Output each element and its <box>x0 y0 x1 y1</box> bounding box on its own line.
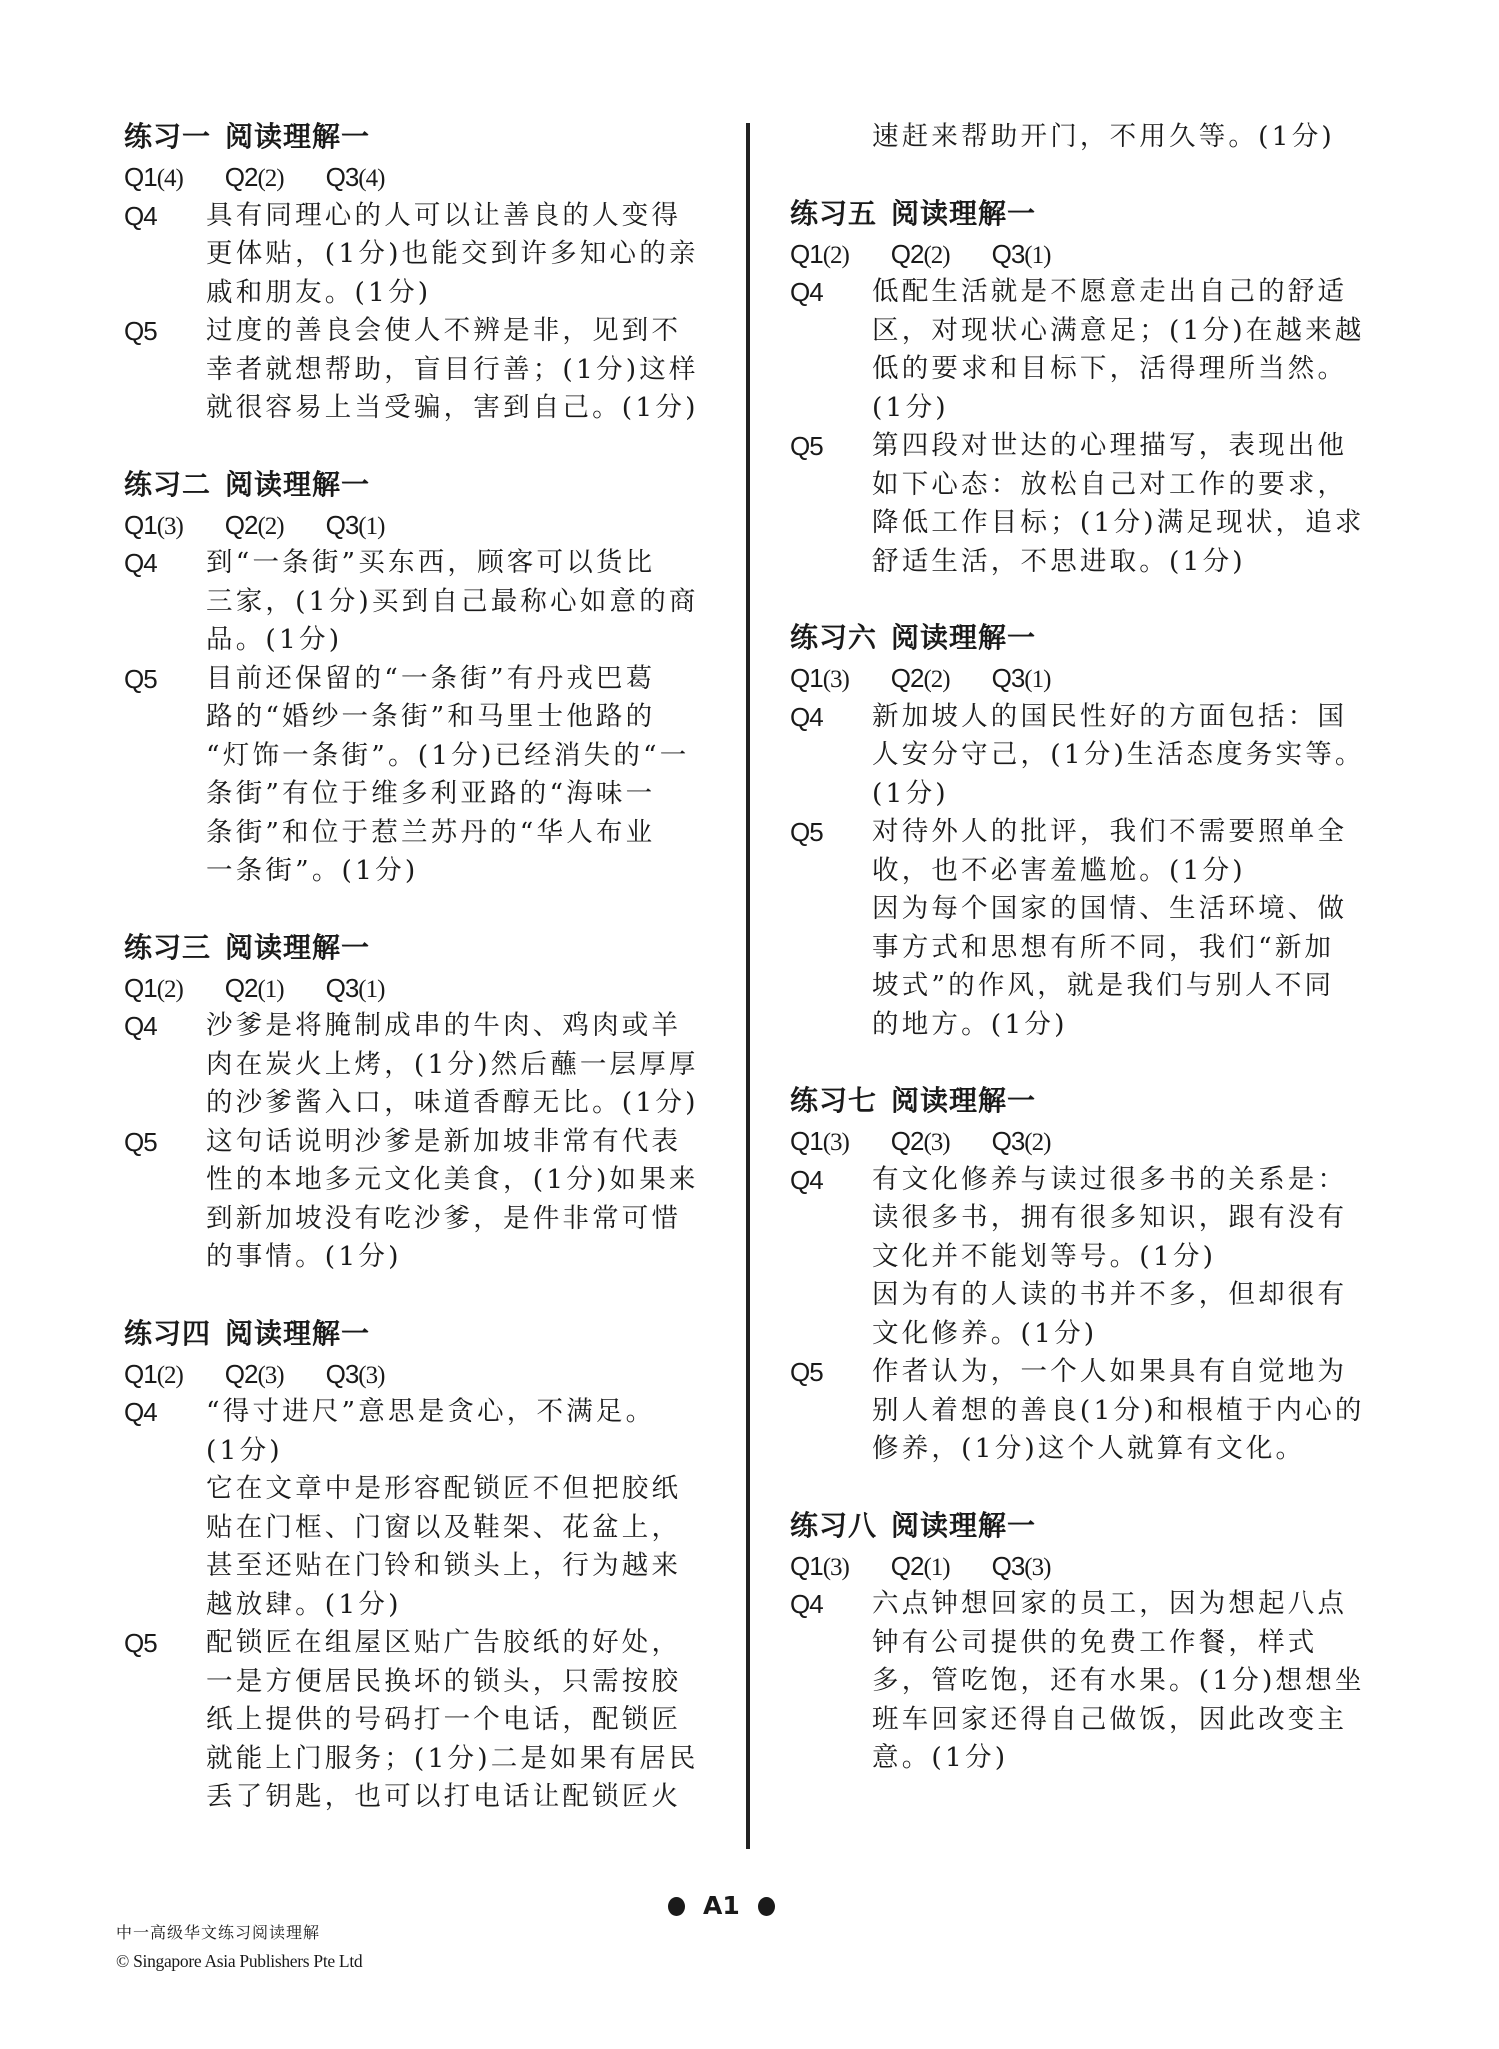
question-label: Q5 <box>790 1353 823 1392</box>
mc-answers-row: Q1(2) Q2(1) Q3(1) <box>124 969 734 1008</box>
footer-info: 中一高级华文练习阅读理解 © Singapore Asia Publishers… <box>116 1918 362 1976</box>
answer-text: 低配生活就是不愿意走出自己的舒适 区，对现状心满意足；(1分)在越来越 低的要求… <box>872 273 1400 427</box>
section-title: 练习八阅读理解一 <box>790 1507 1400 1545</box>
answer-q5: Q5 过度的善良会使人不辨是非，见到不 幸者就想帮助，盲目行善；(1分)这样 就… <box>124 312 734 428</box>
mc-answer-q1: Q1(2) <box>124 969 183 1010</box>
answer-text: 沙爹是将腌制成串的牛肉、鸡肉或羊 肉在炭火上烤，(1分)然后蘸一层厚厚 的沙爹酱… <box>206 1007 734 1123</box>
mc-answer-q3: Q3(3) <box>992 1547 1051 1588</box>
answer-q5: Q5 这句话说明沙爹是新加坡非常有代表 性的本地多元文化美食，(1分)如果来 到… <box>124 1123 734 1277</box>
mc-answer-q1: Q1(3) <box>790 1122 849 1163</box>
bullet-dot-icon <box>668 1897 685 1916</box>
mc-answer-q2: Q2(1) <box>891 1547 950 1588</box>
answer-text: 新加坡人的国民性好的方面包括：国 人安分守己，(1分)生活态度务实等。 (1分) <box>872 698 1400 814</box>
answer-continuation: 速赶来帮助开门，不用久等。(1分) <box>790 118 1400 157</box>
mc-answer-q2: Q2(2) <box>891 235 950 276</box>
book-title: 中一高级华文练习阅读理解 <box>116 1918 362 1947</box>
mc-answers-row: Q1(3) Q2(1) Q3(3) <box>790 1547 1400 1586</box>
mc-answers-row: Q1(3) Q2(2) Q3(1) <box>124 506 734 545</box>
question-label: Q5 <box>124 312 157 351</box>
answer-text: 对待外人的批评，我们不需要照单全 收，也不必害羞尴尬。(1分) 因为每个国家的国… <box>872 813 1400 1044</box>
answer-key-page: 练习一阅读理解一 Q1(4) Q2(2) Q3(4) Q4 具有同理心的人可以让… <box>0 0 1499 2049</box>
answer-text: 到“一条街”买东西，顾客可以货比 三家，(1分)买到自己最称心如意的商 品。(1… <box>206 544 734 660</box>
exercise-section-2: 练习二阅读理解一 Q1(3) Q2(2) Q3(1) Q4 到“一条街”买东西，… <box>124 466 734 891</box>
answer-text: 配锁匠在组屋区贴广告胶纸的好处， 一是方便居民换坏的锁头，只需按胶 纸上提供的号… <box>206 1624 734 1817</box>
answer-q4: Q4 具有同理心的人可以让善良的人变得 更体贴，(1分)也能交到许多知心的亲 戚… <box>124 197 734 313</box>
exercise-section-3: 练习三阅读理解一 Q1(2) Q2(1) Q3(1) Q4 沙爹是将腌制成串的牛… <box>124 929 734 1277</box>
exercise-type: 阅读理解一 <box>891 1509 1036 1542</box>
mc-answer-q3: Q3(1) <box>992 235 1051 276</box>
mc-answer-q1: Q1(3) <box>124 506 183 547</box>
page-number-label: A1 <box>703 1886 740 1926</box>
exercise-section-7: 练习七阅读理解一 Q1(3) Q2(3) Q3(2) Q4 有文化修养与读过很多… <box>790 1082 1400 1469</box>
section-title: 练习六阅读理解一 <box>790 619 1400 657</box>
question-label: Q5 <box>124 1123 157 1162</box>
exercise-number: 练习四 <box>124 1317 211 1350</box>
answer-q5: Q5 第四段对世达的心理描写，表现出他 如下心态：放松自己对工作的要求， 降低工… <box>790 427 1400 581</box>
mc-answer-q2: Q2(1) <box>225 969 284 1010</box>
mc-answer-q3: Q3(1) <box>326 969 385 1010</box>
question-label: Q5 <box>124 1624 157 1663</box>
exercise-number: 练习七 <box>790 1084 877 1117</box>
question-label: Q5 <box>790 813 823 852</box>
mc-answer-q2: Q2(2) <box>891 659 950 700</box>
answer-text: “得寸进尺”意思是贪心，不满足。 (1分) 它在文章中是形容配锁匠不但把胶纸 贴… <box>206 1393 734 1624</box>
answer-q4: Q4 沙爹是将腌制成串的牛肉、鸡肉或羊 肉在炭火上烤，(1分)然后蘸一层厚厚 的… <box>124 1007 734 1123</box>
question-label: Q4 <box>790 1585 823 1624</box>
answer-q5: Q5 配锁匠在组屋区贴广告胶纸的好处， 一是方便居民换坏的锁头，只需按胶 纸上提… <box>124 1624 734 1817</box>
exercise-section-8: 练习八阅读理解一 Q1(3) Q2(1) Q3(3) Q4 六点钟想回家的员工，… <box>790 1507 1400 1778</box>
answer-q4: Q4 新加坡人的国民性好的方面包括：国 人安分守己，(1分)生活态度务实等。 (… <box>790 698 1400 814</box>
answer-text: 目前还保留的“一条街”有丹戎巴葛 路的“婚纱一条街”和马里士他路的 “灯饰一条街… <box>206 660 734 891</box>
section-title: 练习二阅读理解一 <box>124 466 734 504</box>
question-label: Q5 <box>124 660 157 699</box>
exercise-type: 阅读理解一 <box>891 197 1036 230</box>
mc-answers-row: Q1(4) Q2(2) Q3(4) <box>124 158 734 197</box>
exercise-section-5: 练习五阅读理解一 Q1(2) Q2(2) Q3(1) Q4 低配生活就是不愿意走… <box>790 195 1400 582</box>
mc-answer-q1: Q1(3) <box>790 1547 849 1588</box>
mc-answers-row: Q1(2) Q2(2) Q3(1) <box>790 235 1400 274</box>
exercise-type: 阅读理解一 <box>891 621 1036 654</box>
question-label: Q4 <box>790 698 823 737</box>
right-column: 速赶来帮助开门，不用久等。(1分) 练习五阅读理解一 Q1(2) Q2(2) Q… <box>790 118 1400 1816</box>
answer-q4: Q4 “得寸进尺”意思是贪心，不满足。 (1分) 它在文章中是形容配锁匠不但把胶… <box>124 1393 734 1624</box>
bullet-dot-icon <box>758 1897 775 1916</box>
copyright-notice: © Singapore Asia Publishers Pte Ltd <box>116 1947 362 1976</box>
mc-answer-q3: Q3(1) <box>992 659 1051 700</box>
question-label: Q4 <box>124 197 157 236</box>
mc-answer-q3: Q3(2) <box>992 1122 1051 1163</box>
mc-answer-q2: Q2(3) <box>225 1355 284 1396</box>
mc-answer-q1: Q1(4) <box>124 158 183 199</box>
answer-q4: Q4 六点钟想回家的员工，因为想起八点 钟有公司提供的免费工作餐，样式 多，管吃… <box>790 1585 1400 1778</box>
exercise-section-1: 练习一阅读理解一 Q1(4) Q2(2) Q3(4) Q4 具有同理心的人可以让… <box>124 118 734 428</box>
exercise-type: 阅读理解一 <box>891 1084 1036 1117</box>
exercise-type: 阅读理解一 <box>225 931 370 964</box>
left-column: 练习一阅读理解一 Q1(4) Q2(2) Q3(4) Q4 具有同理心的人可以让… <box>124 118 734 1855</box>
section-title: 练习三阅读理解一 <box>124 929 734 967</box>
mc-answers-row: Q1(2) Q2(3) Q3(3) <box>124 1355 734 1394</box>
answer-text: 第四段对世达的心理描写，表现出他 如下心态：放松自己对工作的要求， 降低工作目标… <box>872 427 1400 581</box>
section-title: 练习一阅读理解一 <box>124 118 734 156</box>
answer-q5: Q5 对待外人的批评，我们不需要照单全 收，也不必害羞尴尬。(1分) 因为每个国… <box>790 813 1400 1044</box>
question-label: Q4 <box>124 544 157 583</box>
mc-answer-q1: Q1(2) <box>790 235 849 276</box>
answer-text: 这句话说明沙爹是新加坡非常有代表 性的本地多元文化美食，(1分)如果来 到新加坡… <box>206 1123 734 1277</box>
mc-answers-row: Q1(3) Q2(2) Q3(1) <box>790 659 1400 698</box>
question-label: Q4 <box>124 1007 157 1046</box>
answer-q5: Q5 作者认为，一个人如果具有自觉地为 别人着想的善良(1分)和根植于内心的 修… <box>790 1353 1400 1469</box>
exercise-section-6: 练习六阅读理解一 Q1(3) Q2(2) Q3(1) Q4 新加坡人的国民性好的… <box>790 619 1400 1044</box>
page-number: A1 <box>668 1886 775 1926</box>
answer-q5: Q5 目前还保留的“一条街”有丹戎巴葛 路的“婚纱一条街”和马里士他路的 “灯饰… <box>124 660 734 891</box>
mc-answer-q3: Q3(4) <box>326 158 385 199</box>
exercise-number: 练习三 <box>124 931 211 964</box>
exercise-number: 练习八 <box>790 1509 877 1542</box>
question-label: Q4 <box>124 1393 157 1432</box>
section-title: 练习七阅读理解一 <box>790 1082 1400 1120</box>
mc-answer-q2: Q2(3) <box>891 1122 950 1163</box>
exercise-type: 阅读理解一 <box>225 120 370 153</box>
column-divider <box>746 123 750 1849</box>
answer-text: 过度的善良会使人不辨是非，见到不 幸者就想帮助，盲目行善；(1分)这样 就很容易… <box>206 312 734 428</box>
question-label: Q5 <box>790 427 823 466</box>
question-label: Q4 <box>790 273 823 312</box>
exercise-number: 练习二 <box>124 468 211 501</box>
answer-q4: Q4 到“一条街”买东西，顾客可以货比 三家，(1分)买到自己最称心如意的商 品… <box>124 544 734 660</box>
answer-text: 六点钟想回家的员工，因为想起八点 钟有公司提供的免费工作餐，样式 多，管吃饱，还… <box>872 1585 1400 1778</box>
section-title: 练习五阅读理解一 <box>790 195 1400 233</box>
mc-answer-q3: Q3(3) <box>326 1355 385 1396</box>
continued-answer-text: 速赶来帮助开门，不用久等。(1分) <box>872 118 1400 157</box>
exercise-number: 练习五 <box>790 197 877 230</box>
exercise-number: 练习一 <box>124 120 211 153</box>
mc-answer-q3: Q3(1) <box>326 506 385 547</box>
answer-q4: Q4 低配生活就是不愿意走出自己的舒适 区，对现状心满意足；(1分)在越来越 低… <box>790 273 1400 427</box>
mc-answer-q1: Q1(2) <box>124 1355 183 1396</box>
exercise-number: 练习六 <box>790 621 877 654</box>
mc-answer-q1: Q1(3) <box>790 659 849 700</box>
question-label: Q4 <box>790 1161 823 1200</box>
exercise-type: 阅读理解一 <box>225 1317 370 1350</box>
mc-answers-row: Q1(3) Q2(3) Q3(2) <box>790 1122 1400 1161</box>
section-title: 练习四阅读理解一 <box>124 1315 734 1353</box>
exercise-type: 阅读理解一 <box>225 468 370 501</box>
answer-text: 作者认为，一个人如果具有自觉地为 别人着想的善良(1分)和根植于内心的 修养，(… <box>872 1353 1400 1469</box>
answer-text: 具有同理心的人可以让善良的人变得 更体贴，(1分)也能交到许多知心的亲 戚和朋友… <box>206 197 734 313</box>
answer-q4: Q4 有文化修养与读过很多书的关系是： 读很多书，拥有很多知识，跟有没有 文化并… <box>790 1161 1400 1354</box>
exercise-section-4: 练习四阅读理解一 Q1(2) Q2(3) Q3(3) Q4 “得寸进尺”意思是贪… <box>124 1315 734 1817</box>
mc-answer-q2: Q2(2) <box>225 506 284 547</box>
answer-text: 有文化修养与读过很多书的关系是： 读很多书，拥有很多知识，跟有没有 文化并不能划… <box>872 1161 1400 1354</box>
mc-answer-q2: Q2(2) <box>225 158 284 199</box>
